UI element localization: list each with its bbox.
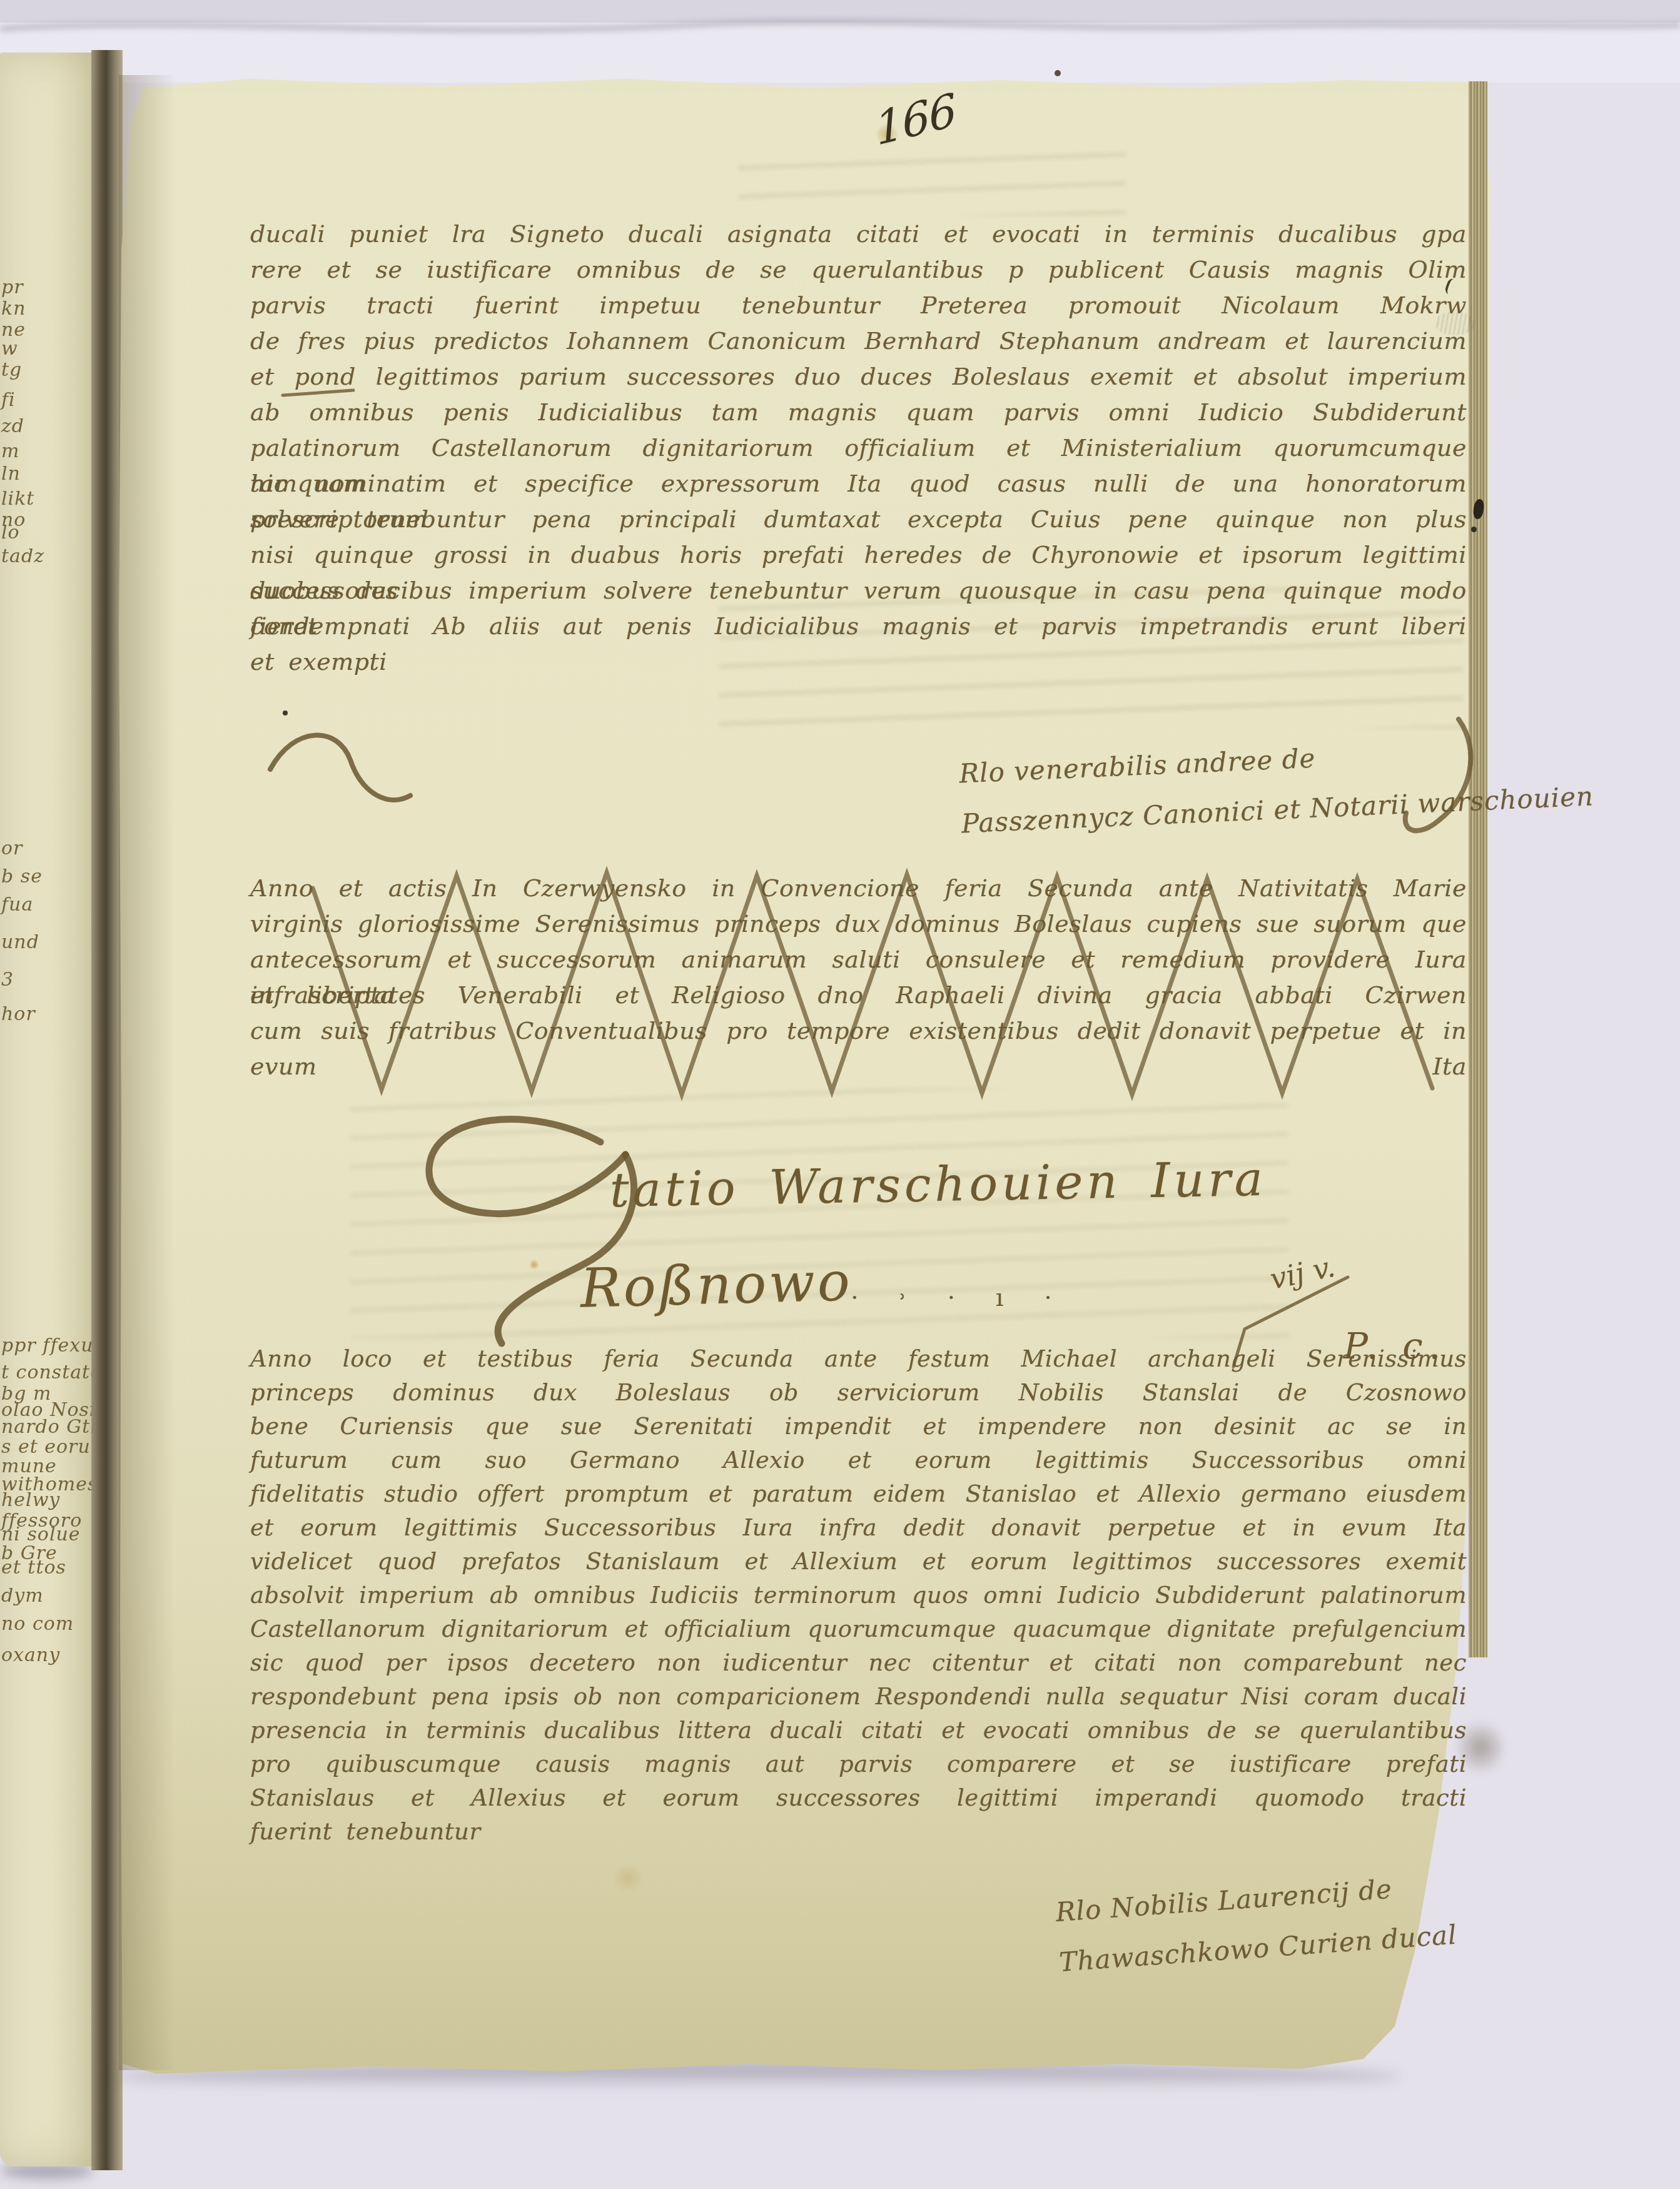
text-fragment: t constate (1, 1362, 94, 1383)
ink-fleck (1055, 70, 1061, 76)
text-fragment: und (1, 931, 39, 953)
text-fragment: fi (1, 389, 16, 411)
text-fragment: 3 (1, 969, 14, 991)
text-fragment: oxany (1, 1644, 60, 1666)
text-fragment: likt (1, 488, 34, 510)
manuscript-line: futurum cum suo Germano Allexio et eorum… (250, 1443, 1467, 1477)
manuscript-line: rere et se iustificare omnibus de se que… (250, 252, 1467, 288)
manuscript-line: Stanislaus et Allexius et eorum successo… (250, 1781, 1467, 1815)
manuscript-line: virginis gloriosissime Serenissimus prin… (250, 906, 1467, 942)
manuscript-line: Anno et actis In Czerwyensko in Convenci… (250, 871, 1467, 906)
paragraph-3: Anno loco et testibus feria Secunda ante… (250, 1342, 1467, 1849)
manuscript-line: solvere tenebuntur pena principali dumta… (250, 502, 1467, 537)
heading-statio-warschouien-iura: tatio Warschouien Iura (609, 1153, 1267, 1216)
manuscript-line: et eorum legittimis Successoribus Iura i… (250, 1511, 1467, 1545)
manuscript-line: nisi quinque grossi in duabus horis pref… (250, 537, 1467, 573)
heading-rosnowo: Roßnowo (580, 1252, 853, 1318)
manuscript-line: cum suis fratribus Conventualibus pro te… (250, 1013, 1467, 1049)
manuscript-line: parvis tracti fuerint impetuu tenebuntur… (250, 288, 1467, 323)
manuscript-line: pro quibuscumque causis magnis aut parvi… (250, 1747, 1467, 1781)
manuscript-line: de fres pius predictos Iohannem Canonicu… (250, 323, 1467, 359)
text-fragment: nardo Gtk (1, 1416, 94, 1438)
manuscript-line: absolvit imperium ab omnibus Iudiciis te… (250, 1579, 1467, 1612)
text-fragment: ppr ffexunna (1, 1335, 94, 1357)
text-fragment: hor (1, 1003, 36, 1025)
text-fragment: tg (1, 359, 22, 381)
manuscript-line: et pond legittimos parium successores du… (250, 359, 1467, 395)
manuscript-line: Anno loco et testibus feria Secunda ante… (250, 1342, 1467, 1376)
manuscript-line: palatinorum Castellanorum dignitariorum … (250, 430, 1467, 466)
manuscript-line: antecessorum et successorum animarum sal… (250, 942, 1467, 978)
text-fragment: dym (1, 1585, 44, 1607)
text-fragment: et ttos (1, 1557, 66, 1579)
manuscript-line: princeps dominus dux Boleslaus ob servic… (250, 1376, 1467, 1410)
paragraph-2-cancelled: Anno et actis In Czerwyensko in Convenci… (250, 871, 1467, 1049)
bleed-through-text (738, 147, 1126, 216)
text-fragment: tadz (1, 545, 44, 567)
heading-dots: · ˒ · ı · (851, 1283, 1068, 1312)
text-fragment: ln (1, 463, 21, 485)
manuscript-line: Castellanorum dignitariorum et officiali… (250, 1612, 1467, 1646)
ink-fleck (1471, 527, 1477, 532)
text-fragment: no com (1, 1613, 74, 1635)
binding-gutter (91, 50, 123, 2170)
text-fragment: lo (1, 522, 20, 543)
text-fragment: helwy (1, 1489, 60, 1511)
backing-sheet (0, 23, 1680, 83)
paragraph-1: ducali puniet lra Signeto ducali asignat… (250, 216, 1467, 680)
stain (529, 1260, 539, 1270)
text-fragment: w (1, 338, 18, 360)
manuscript-line: respondebunt pena ipsis ob non comparici… (250, 1680, 1467, 1714)
stain (612, 1865, 644, 1891)
manuscript-line: duobus ducibus imperium solvere tenebunt… (250, 573, 1467, 609)
text-fragment: b se (1, 866, 43, 887)
manuscript-line: ducali puniet lra Signeto ducali asignat… (250, 216, 1467, 252)
scanner-backdrop-top (0, 0, 1680, 23)
manuscript-line: hic nominatim et specifice expressorum I… (250, 466, 1467, 502)
manuscript-scan: prknnewtgfizdmlnliktnolotadzorb sefuaund… (0, 0, 1680, 2189)
ink-fleck (283, 710, 288, 715)
text-fragment: m (1, 440, 19, 462)
gutter-inner-shadow (119, 75, 175, 2070)
text-fragment: s et eoru (1, 1436, 91, 1458)
text-fragment: or (1, 837, 23, 859)
facing-page-edge: prknnewtgfizdmlnliktnolotadzorb sefuaund… (0, 53, 94, 2166)
text-fragment: zd (1, 415, 24, 437)
manuscript-line: condempnati Ab aliis aut penis Iudiciali… (250, 609, 1467, 644)
manuscript-line: et libertates Venerabili et Religioso dn… (250, 978, 1467, 1013)
text-fragment: pr (1, 276, 24, 298)
manuscript-line: ab omnibus penis Iudicialibus tam magnis… (250, 395, 1467, 430)
text-fragment: fua (1, 894, 33, 916)
manuscript-line: videlicet quod prefatos Stanislaum et Al… (250, 1545, 1467, 1579)
manuscript-line: fuerint tenebuntur (250, 1815, 1467, 1849)
manuscript-line: et exempti (250, 644, 1467, 680)
manuscript-line: fidelitatis studio offert promptum et pa… (250, 1477, 1467, 1511)
manuscript-line: sic quod per ipsos decetero non iudicent… (250, 1646, 1467, 1680)
manuscript-line: bene Curiensis que sue Serenitati impend… (250, 1410, 1467, 1443)
manuscript-line: presencia in terminis ducalibus littera … (250, 1714, 1467, 1747)
text-fragment: kn (1, 298, 26, 320)
